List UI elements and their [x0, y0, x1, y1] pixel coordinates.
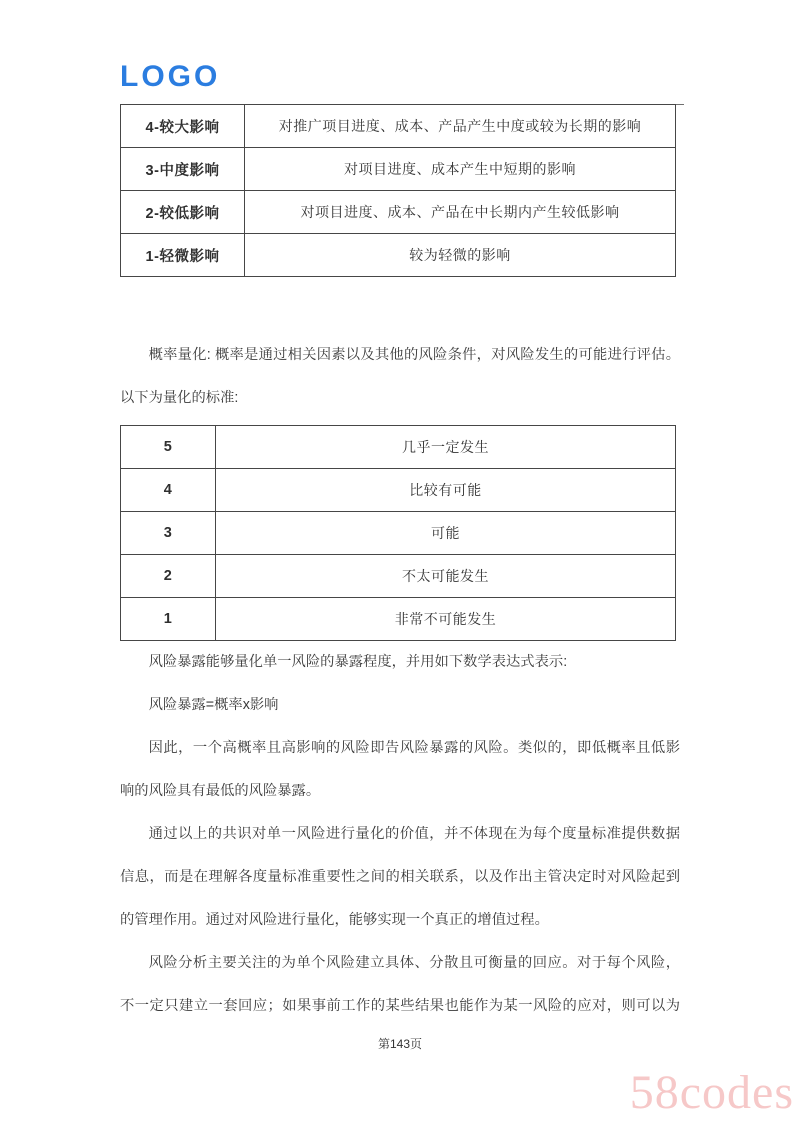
table-row: 3-中度影响 对项目进度、成本产生中短期的影响 [121, 148, 676, 191]
paragraph-line: 信息，而是在理解各度量标准重要性之间的相关联系，以及作出主管决定时对风险起到 [120, 856, 680, 899]
impact-rating-table: 4-较大影响 对推广项目进度、成本、产品产生中度或较为长期的影响 3-中度影响 … [120, 104, 676, 277]
table-row: 2 不太可能发生 [121, 555, 676, 598]
probability-desc-cell: 可能 [216, 512, 676, 555]
paragraph-line: 概率量化: 概率是通过相关因素以及其他的风险条件，对风险发生的可能进行评估。 [120, 334, 680, 377]
table-row: 4-较大影响 对推广项目进度、成本、产品产生中度或较为长期的影响 [121, 105, 676, 148]
probability-level-cell: 5 [121, 426, 216, 469]
paragraph-line: 的管理作用。通过对风险进行量化，能够实现一个真正的增值过程。 [120, 899, 680, 942]
paragraph-line: 响的风险具有最低的风险暴露。 [120, 770, 680, 813]
probability-desc-cell: 比较有可能 [216, 469, 676, 512]
watermark-text: 58codes [630, 1068, 794, 1118]
impact-desc-cell: 对项目进度、成本产生中短期的影响 [245, 148, 676, 191]
paragraph-line: 不一定只建立一套回应；如果事前工作的某些结果也能作为某一风险的应对，则可以为 [120, 985, 680, 1028]
table-row: 5 几乎一定发生 [121, 426, 676, 469]
probability-level-cell: 2 [121, 555, 216, 598]
impact-desc-cell: 对推广项目进度、成本、产品产生中度或较为长期的影响 [245, 105, 676, 148]
impact-desc-cell: 对项目进度、成本、产品在中长期内产生较低影响 [245, 191, 676, 234]
probability-desc-cell: 不太可能发生 [216, 555, 676, 598]
body-text: 风险暴露能够量化单一风险的暴露程度，并用如下数学表达式表示: 风险暴露=概率x影… [120, 641, 680, 1028]
impact-level-cell: 1-轻微影响 [121, 234, 245, 277]
probability-desc-cell: 几乎一定发生 [216, 426, 676, 469]
paragraph-line: 通过以上的共识对单一风险进行量化的价值，并不体现在为每个度量标准提供数据 [120, 813, 680, 856]
probability-level-cell: 1 [121, 598, 216, 641]
paragraph-line: 风险暴露=概率x影响 [120, 684, 680, 727]
impact-desc-cell: 较为轻微的影响 [245, 234, 676, 277]
table-row: 2-较低影响 对项目进度、成本、产品在中长期内产生较低影响 [121, 191, 676, 234]
paragraph-line: 以下为量化的标准: [120, 377, 680, 420]
probability-rating-table: 5 几乎一定发生 4 比较有可能 3 可能 2 不太可能发生 1 非常不可能发生 [120, 425, 676, 641]
impact-level-cell: 2-较低影响 [121, 191, 245, 234]
page-header: LOGO [120, 0, 680, 105]
impact-level-cell: 4-较大影响 [121, 105, 245, 148]
page-number: 第143页 [120, 1035, 680, 1053]
table-row: 1 非常不可能发生 [121, 598, 676, 641]
paragraph-line: 因此，一个高概率且高影响的风险即告风险暴露的风险。类似的，即低概率且低影 [120, 727, 680, 770]
table-row: 4 比较有可能 [121, 469, 676, 512]
paragraph-line: 风险暴露能够量化单一风险的暴露程度，并用如下数学表达式表示: [120, 641, 680, 684]
paragraph-line: 风险分析主要关注的为单个风险建立具体、分散且可衡量的回应。对于每个风险， [120, 942, 680, 985]
probability-intro-paragraph: 概率量化: 概率是通过相关因素以及其他的风险条件，对风险发生的可能进行评估。 以… [120, 334, 680, 420]
page-container: LOGO 4-较大影响 对推广项目进度、成本、产品产生中度或较为长期的影响 3-… [0, 0, 800, 1053]
probability-desc-cell: 非常不可能发生 [216, 598, 676, 641]
table-row: 3 可能 [121, 512, 676, 555]
probability-level-cell: 4 [121, 469, 216, 512]
impact-level-cell: 3-中度影响 [121, 148, 245, 191]
probability-level-cell: 3 [121, 512, 216, 555]
table-row: 1-轻微影响 较为轻微的影响 [121, 234, 676, 277]
logo-text: LOGO [120, 60, 680, 94]
